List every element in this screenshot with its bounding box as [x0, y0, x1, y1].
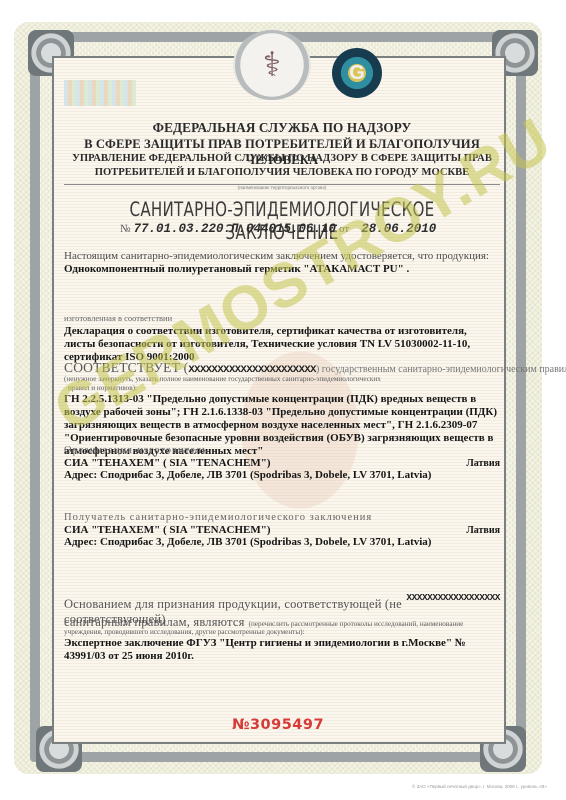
coat-of-arms-icon: ⚕	[233, 30, 311, 100]
compliance-hint-1: (ненужное зачеркнуть, указать полное наи…	[64, 375, 500, 384]
hologram-seal-icon: G	[332, 48, 382, 98]
compliance-tail: ) государственным санитарно-эпидемиологи…	[316, 364, 566, 375]
document-date: 28.06.2010	[361, 222, 436, 236]
expert-conclusion: Экспертное заключение ФГУЗ "Центр гигиен…	[64, 637, 500, 663]
department-line-1: УПРАВЛЕНИЕ ФЕДЕРАЛЬНОЙ СЛУЖБЫ ПО НАДЗОРУ…	[64, 152, 500, 166]
department-line-2: ПОТРЕБИТЕЛЕЙ И БЛАГОПОЛУЧИЯ ЧЕЛОВЕКА ПО …	[64, 166, 500, 180]
agency-line-1: ФЕДЕРАЛЬНАЯ СЛУЖБА ПО НАДЗОРУ	[64, 120, 500, 136]
compliance-hint-2: правил и нормативов):	[68, 384, 504, 393]
recipient-name: СИА "ТЕНАХЕМ" ( SIA "TENACHEM")	[64, 524, 271, 536]
manufacturer-label: Организация-изготовитель	[64, 445, 500, 456]
recipient-label: Получатель санитарно-эпидемиологического…	[64, 512, 500, 523]
serial-number: №3095497	[232, 717, 324, 733]
product-intro: Настоящим санитарно-эпидемиологическим з…	[64, 250, 500, 262]
date-prefix: от	[339, 223, 349, 235]
divider	[64, 184, 500, 185]
product-name: Однокомпонентный полиуретановый герметик…	[64, 263, 500, 276]
document-number: 77.01.03.220.П.044015.06.10	[134, 222, 337, 236]
basis-line-3-hint: учреждения, проводившего исследования, д…	[64, 628, 500, 637]
number-prefix: №	[120, 223, 131, 235]
basis-line-2-hint: (перечислить рассмотренные протоколы исс…	[249, 620, 464, 628]
manufacturer-name: СИА "ТЕНАХЕМ" ( SIA "TENACHEM")	[64, 457, 271, 469]
manufactured-label: изготовленная в соответствии	[64, 314, 500, 323]
hologram-strip	[64, 80, 136, 106]
manufacturer-address: Адрес: Сподрибас 3, Добеле, ЛВ 3701 (Spo…	[64, 469, 500, 482]
department-heading: УПРАВЛЕНИЕ ФЕДЕРАЛЬНОЙ СЛУЖБЫ ПО НАДЗОРУ…	[64, 152, 500, 180]
basis-line-2-main: санитарным правилам, являются	[64, 615, 245, 629]
compliance-verdict: СООТВЕТСТВУЕТ (	[64, 360, 188, 375]
document-number-line: № 77.01.03.220.П.044015.06.10 от 28.06.2…	[120, 221, 480, 236]
printer-imprint: © ЗАО «Первый печатный двор», г. Москва,…	[412, 784, 547, 789]
recipient-address: Адрес: Сподрибас 3, Добеле, ЛВ 3701 (Spo…	[64, 536, 500, 549]
department-caption: (наименование территориального органа)	[64, 186, 500, 191]
